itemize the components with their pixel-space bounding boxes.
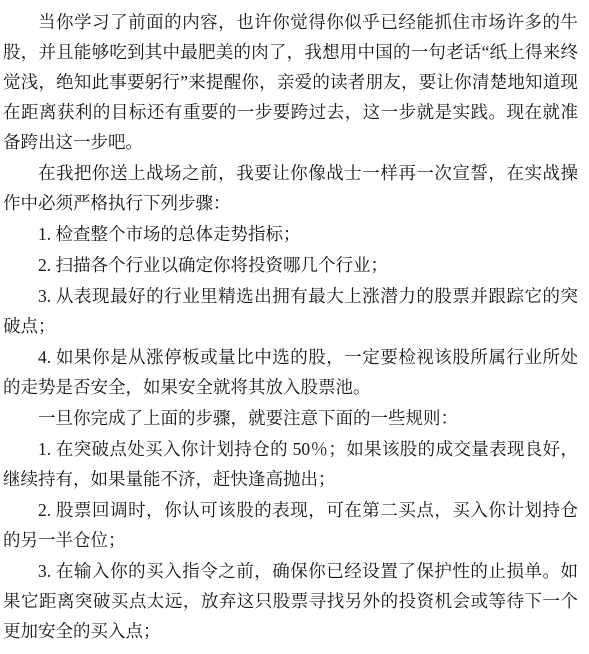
rule-item-1: 1. 在突破点处买入你计划持仓的 50％；如果该股的成交量表现良好，继续持有，如…	[3, 434, 578, 494]
step-item-1: 1. 检查整个市场的总体走势指标；	[3, 219, 578, 249]
step-item-2: 2. 扫描各个行业以确定你将投资哪几个行业；	[3, 250, 578, 280]
paragraph-rules-intro: 一旦你完成了上面的步骤，就要注意下面的一些规则：	[3, 403, 578, 433]
paragraph-oath: 在我把你送上战场之前，我要让你像战士一样再一次宣誓，在实战操作中必须严格执行下列…	[3, 158, 578, 218]
step-item-3: 3. 从表现最好的行业里精选出拥有最大上涨潜力的股票并跟踪它的突破点；	[3, 281, 578, 341]
document-page: 当你学习了前面的内容，也许你觉得你似乎已经能抓住市场许多的牛股，并且能够吃到其中…	[0, 0, 589, 654]
paragraph-intro: 当你学习了前面的内容，也许你觉得你似乎已经能抓住市场许多的牛股，并且能够吃到其中…	[3, 7, 578, 157]
rule-item-3: 3. 在输入你的买入指令之前，确保你已经设置了保护性的止损单。如果它距离突破买点…	[3, 556, 578, 646]
step-item-4: 4. 如果你是从涨停板或量比中选的股，一定要检视该股所属行业所处的走势是否安全，…	[3, 342, 578, 402]
rule-item-2: 2. 股票回调时，你认可该股的表现，可在第二买点，买入你计划持仓的另一半仓位；	[3, 495, 578, 555]
